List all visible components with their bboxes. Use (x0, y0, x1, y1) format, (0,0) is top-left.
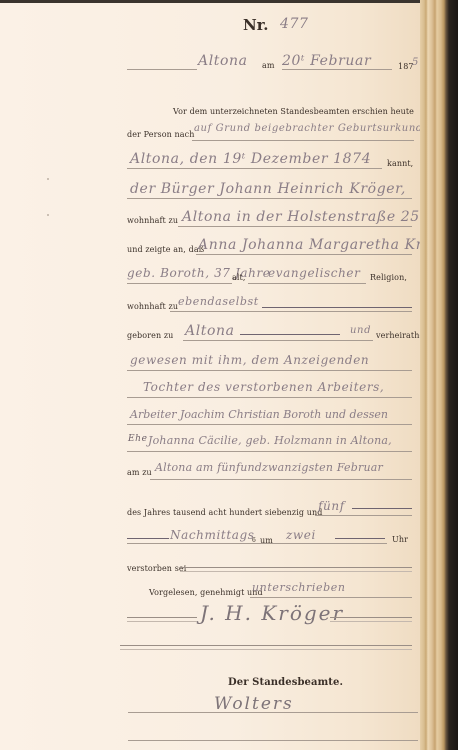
header-date: 20ᵗ Februar (282, 53, 371, 69)
rule-line (248, 283, 366, 284)
fill-dash (127, 538, 169, 539)
rule-line (192, 140, 414, 141)
rule-line (183, 340, 373, 341)
wohnhaft-value: ebendaselbst (178, 295, 259, 308)
year-label: des Jahres tausend acht hundert siebenzi… (127, 508, 322, 517)
time-value-1: Nachmittags (170, 528, 255, 542)
wohnhaft-label: wohnhaft zu (127, 302, 178, 311)
rule-line (282, 69, 392, 70)
uhr-label: Uhr (392, 535, 408, 544)
rule-line (127, 168, 382, 169)
declared-label: und zeigte an, daß (127, 245, 204, 254)
rule-line (180, 567, 412, 572)
paper-speck (47, 178, 49, 180)
married-value: und (350, 325, 371, 336)
am-zu-label: am zu (127, 468, 152, 477)
rule-line (178, 226, 412, 227)
known-label: kannt, (387, 159, 413, 168)
document-page: Nr. 477 Altona am 20ᵗ Februar 187 5. Vor… (0, 3, 420, 750)
rule-line (127, 451, 412, 452)
time-value-2: zwei (286, 528, 316, 542)
handwritten-line-1: gewesen mit ihm, dem Anzeigenden (130, 353, 369, 367)
deceased-name: Anna Johanna Margaretha Kröger (198, 237, 420, 253)
declarant-signature: J. H. Kröger (200, 601, 344, 625)
record-number-label: Nr. (243, 16, 268, 34)
official-title: Der Standesbeamte. (228, 677, 343, 688)
rule-line (330, 617, 412, 622)
rule-line (127, 543, 387, 544)
fill-dash (262, 307, 412, 308)
declarant-name: der Bürger Johann Heinrich Kröger, (130, 181, 406, 197)
struck-prefix: Ehe (128, 434, 148, 444)
religion-value: evangelischer (268, 266, 360, 280)
year-suffix: 5. (412, 57, 420, 68)
header-place: Altona (198, 53, 248, 69)
person-value: auf Grund beigebrachter Geburtsurkunde d… (194, 123, 420, 134)
year-value: fünf (318, 499, 345, 513)
rule-line (196, 254, 412, 255)
book-binding-edge (420, 0, 458, 750)
birthname-value: geb. Boroth, 37 Jahre (127, 266, 271, 280)
religion-label: Religion, (370, 273, 407, 282)
rule-line (127, 69, 197, 70)
fill-dash (335, 538, 385, 539)
am-zu-value: Altona am fünfundzwanzigsten Februar (155, 461, 383, 474)
rule-line (127, 283, 232, 284)
intro-line: Vor dem unterzeichneten Standesbeamten e… (173, 107, 414, 116)
married-label: verheirathet (376, 331, 420, 340)
fill-dash (240, 334, 340, 335)
rule-line (170, 311, 412, 312)
official-signature: Wolters (214, 694, 294, 714)
paper-speck (47, 214, 49, 216)
rule-line (250, 597, 412, 598)
rule-line (315, 515, 412, 516)
handwritten-line-2: Tochter des verstorbenen Arbeiters, (143, 380, 384, 394)
rule-line (127, 397, 412, 398)
read-label: Vorgelesen, genehmigt und (149, 588, 263, 597)
rule-line (127, 617, 197, 622)
fill-dash (352, 508, 412, 509)
residence-label: wohnhaft zu (127, 216, 178, 225)
born-label: geboren zu (127, 331, 173, 340)
place-date-value: Altona, den 19ᵗ Dezember 1874 (130, 151, 371, 167)
record-number-value: 477 (280, 16, 309, 32)
rule-line (127, 198, 412, 199)
person-label: der Person nach (127, 130, 194, 139)
read-value: unterschrieben (252, 581, 346, 594)
handwritten-line-4: Johanna Cäcilie, geb. Holzmann in Altona… (148, 434, 392, 447)
rule-line (128, 740, 418, 741)
residence-value: Altona in der Holstenstraße 25, (182, 209, 420, 225)
rule-line (127, 370, 412, 371)
rule-line (150, 479, 412, 480)
handwritten-line-3: Arbeiter Joachim Christian Boroth und de… (130, 408, 388, 421)
born-value: Altona (185, 323, 235, 339)
died-label: verstorben sei (127, 564, 186, 573)
rule-line (120, 645, 412, 650)
age-label: alt, (232, 273, 246, 282)
am-label: am (262, 61, 275, 70)
rule-line (127, 424, 412, 425)
